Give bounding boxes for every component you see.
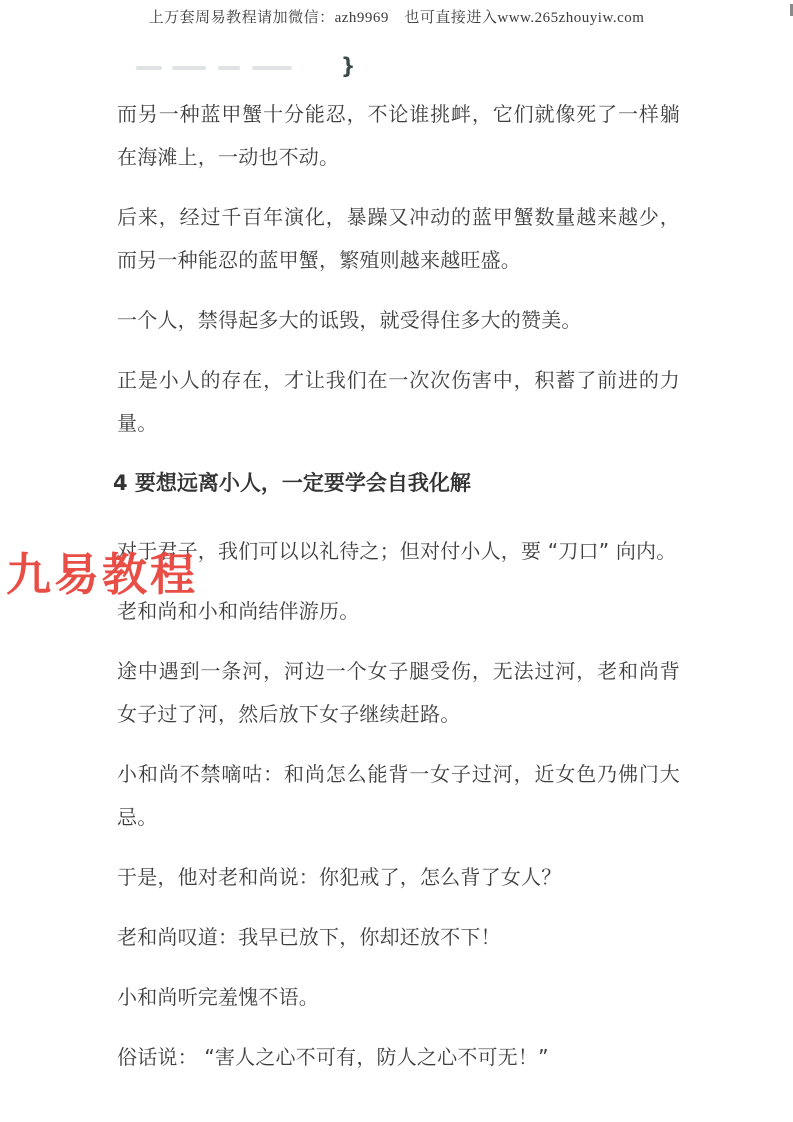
paragraph: 对于君子，我们可以以礼待之；但对付小人，要 “刀口” 向内。: [117, 530, 680, 573]
paragraph: 小和尚不禁嘀咕：和尚怎么能背一女子过河，近女色乃佛门大忌。: [117, 753, 680, 839]
paragraph: 小和尚听完羞愧不语。: [117, 976, 680, 1019]
paragraph: 而另一种蓝甲蟹十分能忍，不论谁挑衅，它们就像死了一样躺在海滩上，一动也不动。: [117, 93, 680, 179]
site-watermark: 九易教程: [6, 538, 198, 603]
paragraph: 一个人，禁得起多大的诋毁，就受得住多大的赞美。: [117, 299, 680, 342]
document-page: 上万套周易教程请加微信：azh9969 也可直接进入www.265zhouyiw…: [0, 0, 793, 1122]
paragraph: 老和尚和小和尚结伴游历。: [117, 590, 680, 633]
paragraph: 后来，经过千百年演化，暴躁又冲动的蓝甲蟹数量越来越少，而另一种能忍的蓝甲蟹，繁殖…: [117, 196, 680, 282]
paragraph: 途中遇到一条河，河边一个女子腿受伤，无法过河，老和尚背女子过了河，然后放下女子继…: [117, 650, 680, 736]
paragraph: 老和尚叹道：我早已放下，你却还放不下！: [117, 916, 680, 959]
paragraph: 于是，他对老和尚说：你犯戒了，怎么背了女人？: [117, 856, 680, 899]
paragraph: 正是小人的存在，才让我们在一次次伤害中，积蓄了前进的力量。: [117, 359, 680, 445]
section-heading: 4 要想远离小人，一定要学会自我化解: [113, 462, 684, 505]
paragraph: 俗话说： “害人之心不可有，防人之心不可无！”: [117, 1036, 680, 1079]
